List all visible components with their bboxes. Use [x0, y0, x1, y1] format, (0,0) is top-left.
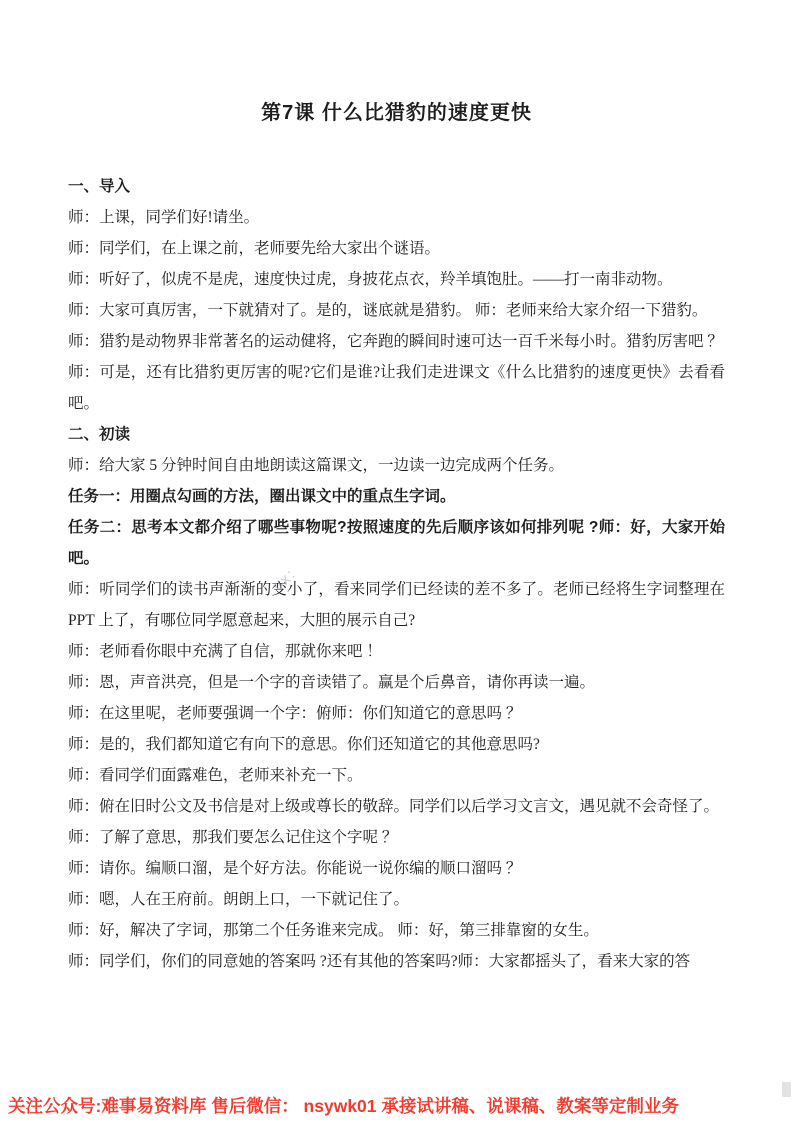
dialogue-line: 师：了解了意思，那我们要怎么记住这个字呢 ？: [68, 822, 725, 853]
dialogue-line: 师：猎豹是动物界非常著名的运动健将，它奔跑的瞬间时速可达一百千米每小时。猎豹厉害…: [68, 326, 725, 357]
dialogue-line: 师：恩，声音洪亮，但是一个字的音读错了。赢是个后鼻音，请你再读一遍。: [68, 667, 725, 698]
document-page: 第7课 什么比猎豹的速度更快 一、导入师：上课，同学们好!请坐。师：同学们，在上…: [0, 0, 793, 1122]
dialogue-line: 师：上课，同学们好!请坐。: [68, 202, 725, 233]
dialogue-line: 师：给大家 5 分钟时间自由地朗读这篇课文，一边读一边完成两个任务。: [68, 450, 725, 481]
section-heading: 二、初读: [68, 419, 725, 450]
dialogue-line: 师：可是，还有比猎豹更厉害的呢?它们是谁?让我们走进课文《什么比猎豹的速度更快》…: [68, 357, 725, 419]
dialogue-line: 师：老师看你眼中充满了自信，那就你来吧 ！: [68, 636, 725, 667]
document-body: 一、导入师：上课，同学们好!请坐。师：同学们，在上课之前，老师要先给大家出个谜语…: [0, 125, 793, 977]
dialogue-line: 师：请你。编顺口溜，是个好方法。你能说一说你编的顺口溜吗 ？: [68, 853, 725, 884]
dialogue-line: 师：同学们，你们的同意她的答案吗 ?还有其他的答案吗?师：大家都摇头了，看来大家…: [68, 946, 725, 977]
dialogue-line: 师：听同学们的读书声渐渐的变小了，看来同学们已经读的差不多了。老师已经将生字词整…: [68, 574, 725, 636]
dialogue-line: 师：听好了，似虎不是虎，速度快过虎，身披花点衣，羚羊填饱肚。——打一南非动物。: [68, 264, 725, 295]
dialogue-line: 师：俯在旧时公文及书信是对上级或尊长的敬辞。同学们以后学习文言文，遇见就不会奇怪…: [68, 791, 725, 822]
task-line: 任务一：用圈点勾画的方法，圈出课文中的重点生字词。: [68, 481, 725, 512]
document-title: 第7课 什么比猎豹的速度更快: [0, 0, 793, 125]
dialogue-line: 师：在这里呢，老师要强调一个字：俯师：你们知道它的意思吗 ？: [68, 698, 725, 729]
dialogue-line: 师：是的，我们都知道它有向下的意思。你们还知道它的其他意思吗?: [68, 729, 725, 760]
dialogue-line: 师：嗯，人在王府前。朗朗上口，一下就记住了。: [68, 884, 725, 915]
task-line: 任务二：思考本文都介绍了哪些事物呢?按照速度的先后顺序该如何排列呢 ?师：好，大…: [68, 512, 725, 574]
section-heading: 一、导入: [68, 171, 725, 202]
dialogue-line: 师：看同学们面露难色，老师来补充一下。: [68, 760, 725, 791]
dialogue-line: 师：大家可真厉害，一下就猜对了。是的，谜底就是猎豹。 师：老师来给大家介绍一下猎…: [68, 295, 725, 326]
dialogue-line: 师：好，解决了字词，那第二个任务谁来完成。 师：好，第三排靠窗的女生。: [68, 915, 725, 946]
footer-promo: 关注公众号:难事易资料库 售后微信： nsywk01 承接试讲稿、说课稿、教案等…: [8, 1093, 787, 1118]
dialogue-line: 师：同学们，在上课之前，老师要先给大家出个谜语。: [68, 233, 725, 264]
